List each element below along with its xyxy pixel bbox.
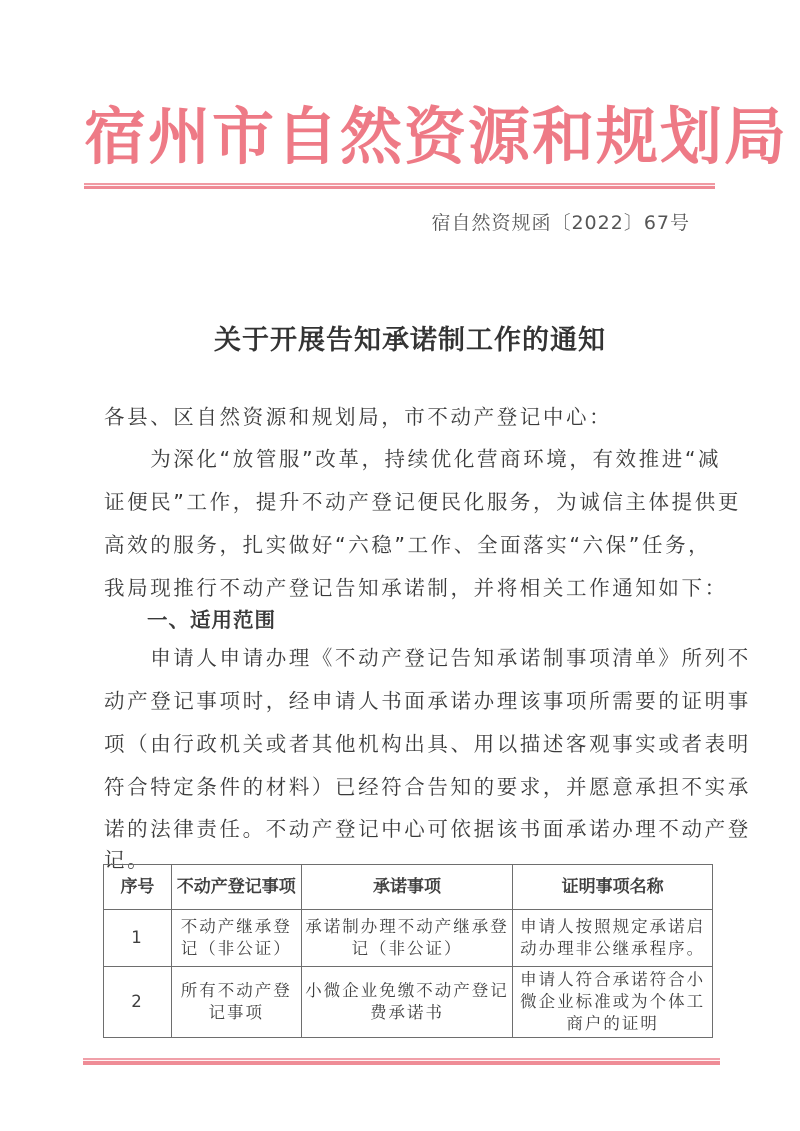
agency-masthead: 宿州市自然资源和规划局	[84, 102, 716, 172]
notice-title: 关于开展告知承诺制工作的通知	[100, 318, 720, 357]
section-line: 诺的法律责任。不动产登记中心可依据该书面承诺办理不动产登	[104, 812, 751, 842]
intro-line: 证便民”工作，提升不动产登记便民化服务，为诚信主体提供更	[104, 485, 741, 515]
header-commitment: 承诺事项	[301, 865, 513, 910]
cell-no: 1	[104, 910, 172, 967]
table-row: 2 所有不动产登记事项 小微企业免缴不动产登记费承诺书 申请人符合承诺符合小微企…	[104, 967, 713, 1038]
table-row: 1 不动产继承登记（非公证） 承诺制办理不动产继承登记（非公证） 申请人按照规定…	[104, 910, 713, 967]
footer-divider	[83, 1058, 720, 1066]
commitment-items-table: 序号 不动产登记事项 承诺事项 证明事项名称 1 不动产继承登记（非公证） 承诺…	[103, 864, 713, 1038]
cell-commitment: 承诺制办理不动产继承登记（非公证）	[301, 910, 513, 967]
intro-line: 为深化“放管服”改革，持续优化营商环境，有效推进“减	[104, 442, 721, 472]
section-line: 项（由行政机关或者其他机构出具、用以描述客观事实或者表明	[104, 727, 751, 757]
intro-line: 我局现推行不动产登记告知承诺制，并将相关工作通知如下：	[104, 571, 728, 601]
section-line: 符合特定条件的材料）已经符合告知的要求，并愿意承担不实承	[104, 770, 751, 800]
header-proof: 证明事项名称	[513, 865, 713, 910]
cell-item: 所有不动产登记事项	[171, 967, 301, 1038]
cell-commitment: 小微企业免缴不动产登记费承诺书	[301, 967, 513, 1038]
cell-proof: 申请人按照规定承诺启动办理非公继承程序。	[513, 910, 713, 967]
section-line: 申请人申请办理《不动产登记告知承诺制事项清单》所列不	[104, 641, 751, 671]
header-no: 序号	[104, 865, 172, 910]
intro-line: 高效的服务，扎实做好“六稳”工作、全面落实“六保”任务，	[104, 528, 711, 558]
document-number: 宿自然资规函〔2022〕67号	[380, 208, 690, 235]
header-item: 不动产登记事项	[171, 865, 301, 910]
section-heading: 一、适用范围	[104, 603, 276, 633]
cell-no: 2	[104, 967, 172, 1038]
masthead-divider	[84, 183, 715, 189]
cell-proof: 申请人符合承诺符合小微企业标准或为个体工商户的证明	[513, 967, 713, 1038]
salutation: 各县、区自然资源和规划局，市不动产登记中心：	[104, 400, 612, 430]
cell-item: 不动产继承登记（非公证）	[171, 910, 301, 967]
table-header-row: 序号 不动产登记事项 承诺事项 证明事项名称	[104, 865, 713, 910]
section-line: 动产登记事项时，经申请人书面承诺办理该事项所需要的证明事	[104, 684, 751, 714]
